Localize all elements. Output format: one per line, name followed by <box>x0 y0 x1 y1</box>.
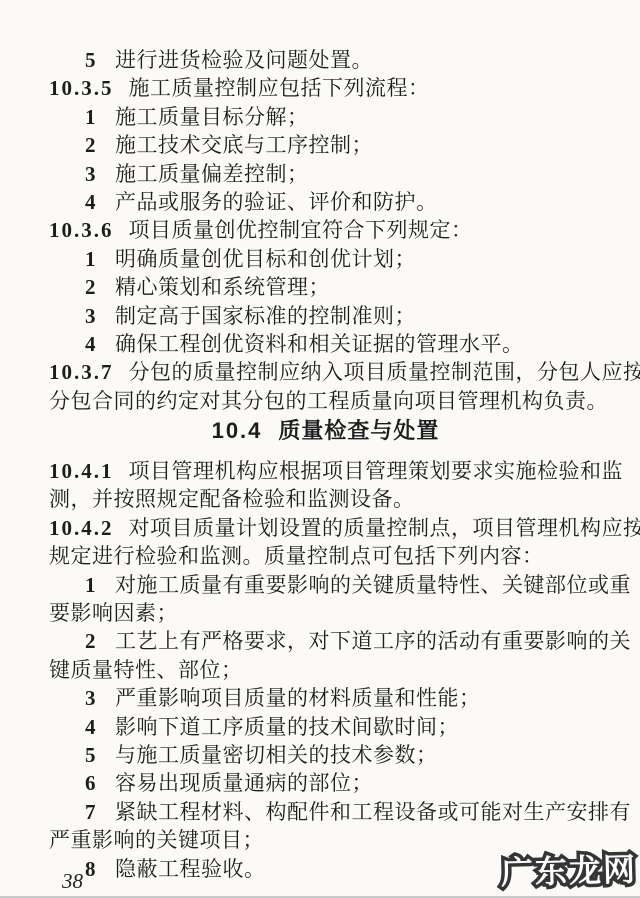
document-lines: 5进行进货检验及问题处置。10.3.5施工质量控制应包括下列流程：1施工质量目标… <box>49 46 602 883</box>
line-text: 施工质量控制应包括下列流程： <box>129 76 430 100</box>
item-number: 3 <box>85 162 96 186</box>
section-number: 10.4 <box>212 418 263 443</box>
clause-number: 10.3.7 <box>49 360 114 384</box>
item-number: 4 <box>85 332 96 356</box>
clause-line: 10.3.5施工质量控制应包括下列流程： <box>49 74 602 102</box>
list-item-line: 7紧缺工程材料、构配件和工程设备或可能对生产安排有 <box>49 798 602 826</box>
item-number: 1 <box>85 573 96 597</box>
continuation-line: 分包合同的约定对其分包的工程质量向项目管理机构负责。 <box>49 387 602 415</box>
line-text: 隐蔽工程验收。 <box>115 857 266 881</box>
clause-number: 10.3.5 <box>49 76 114 100</box>
line-text: 进行进货检验及问题处置。 <box>115 48 373 72</box>
clause-line: 10.4.1项目管理机构应根据项目管理策划要求实施检验和监 <box>49 457 602 485</box>
continuation-line: 测，并按照规定配备检验和监测设备。 <box>49 485 602 513</box>
item-number: 3 <box>85 304 96 328</box>
line-text: 规定进行检验和监测。质量控制点可包括下列内容： <box>49 544 544 568</box>
line-text: 要影响因素； <box>49 601 178 625</box>
line-text: 键质量特性、部位； <box>49 658 243 682</box>
line-text: 影响下道工序质量的技术间歇时间； <box>115 715 459 739</box>
item-number: 2 <box>85 133 96 157</box>
line-text: 严重影响项目质量的材料质量和性能； <box>115 686 481 710</box>
list-item-line: 1对施工质量有重要影响的关键质量特性、关键部位或重 <box>49 571 602 599</box>
line-text: 制定高于国家标准的控制准则； <box>115 304 416 328</box>
list-item-line: 1施工质量目标分解； <box>49 103 602 131</box>
list-item-line: 4确保工程创优资料和相关证据的管理水平。 <box>49 330 602 358</box>
line-text: 严重影响的关键项目； <box>49 828 264 852</box>
clause-line: 10.3.6项目质量创优控制宜符合下列规定： <box>49 216 602 244</box>
line-text: 分包合同的约定对其分包的工程质量向项目管理机构负责。 <box>49 389 608 413</box>
line-text: 质量检查与处置 <box>278 418 439 443</box>
list-item-line: 2工艺上有严格要求，对下道工序的活动有重要影响的关 <box>49 627 602 655</box>
list-item-line: 1明确质量创优目标和创优计划； <box>49 245 602 273</box>
clause-number: 10.4.2 <box>49 516 114 540</box>
scanned-document-page: 5进行进货检验及问题处置。10.3.5施工质量控制应包括下列流程：1施工质量目标… <box>0 0 640 898</box>
item-number: 1 <box>85 105 96 129</box>
clause-line: 10.4.2对项目质量计划设置的质量控制点，项目管理机构应按 <box>49 514 602 542</box>
line-text: 对施工质量有重要影响的关键质量特性、关键部位或重 <box>115 573 631 597</box>
line-text: 与施工质量密切相关的技术参数； <box>115 743 438 767</box>
item-number: 6 <box>85 771 96 795</box>
line-text: 精心策划和系统管理； <box>115 275 330 299</box>
item-number: 2 <box>85 629 96 653</box>
line-text: 明确质量创优目标和创优计划； <box>115 247 416 271</box>
line-text: 确保工程创优资料和相关证据的管理水平。 <box>115 332 524 356</box>
line-text: 项目管理机构应根据项目管理策划要求实施检验和监 <box>129 459 624 483</box>
item-number: 4 <box>85 190 96 214</box>
watermark: 广东龙网 广东龙网 <box>500 846 637 896</box>
list-item-line: 4产品或服务的验证、评价和防护。 <box>49 188 602 216</box>
line-text: 项目质量创优控制宜符合下列规定： <box>129 218 473 242</box>
item-number: 5 <box>85 48 96 72</box>
list-item-line: 4影响下道工序质量的技术间歇时间； <box>49 713 602 741</box>
item-number: 7 <box>85 800 96 824</box>
list-item-line: 2精心策划和系统管理； <box>49 273 602 301</box>
list-item-line: 6容易出现质量通病的部位； <box>49 769 602 797</box>
page-number: 38 <box>62 869 83 894</box>
clause-line: 10.3.7分包的质量控制应纳入项目质量控制范围，分包人应按 <box>49 358 602 386</box>
continuation-line: 要影响因素； <box>49 599 602 627</box>
continuation-line: 规定进行检验和监测。质量控制点可包括下列内容： <box>49 542 602 570</box>
line-text: 施工质量偏差控制； <box>115 162 309 186</box>
clause-number: 10.4.1 <box>49 459 114 483</box>
line-text: 测，并按照规定配备检验和监测设备。 <box>49 487 415 511</box>
item-number: 2 <box>85 275 96 299</box>
line-text: 紧缺工程材料、构配件和工程设备或可能对生产安排有 <box>115 800 631 824</box>
list-item-line: 3严重影响项目质量的材料质量和性能； <box>49 684 602 712</box>
item-number: 5 <box>85 743 96 767</box>
list-item-line: 5进行进货检验及问题处置。 <box>49 46 602 74</box>
watermark-text: 广东龙网 <box>500 846 637 896</box>
line-text: 施工质量目标分解； <box>115 105 309 129</box>
list-item-line: 5与施工质量密切相关的技术参数； <box>49 741 602 769</box>
section-heading: 10.4质量检查与处置 <box>49 415 602 447</box>
item-number: 1 <box>85 247 96 271</box>
item-number: 3 <box>85 686 96 710</box>
clause-number: 10.3.6 <box>49 218 114 242</box>
item-number: 8 <box>85 857 96 881</box>
line-text: 分包的质量控制应纳入项目质量控制范围，分包人应按 <box>129 360 640 384</box>
line-text: 对项目质量计划设置的质量控制点，项目管理机构应按 <box>129 516 640 540</box>
list-item-line: 3制定高于国家标准的控制准则； <box>49 302 602 330</box>
list-item-line: 2施工技术交底与工序控制； <box>49 131 602 159</box>
line-text: 容易出现质量通病的部位； <box>115 771 373 795</box>
list-item-line: 3施工质量偏差控制； <box>49 160 602 188</box>
line-text: 工艺上有严格要求，对下道工序的活动有重要影响的关 <box>115 629 631 653</box>
line-text: 施工技术交底与工序控制； <box>115 133 373 157</box>
continuation-line: 键质量特性、部位； <box>49 656 602 684</box>
line-text: 产品或服务的验证、评价和防护。 <box>115 190 438 214</box>
item-number: 4 <box>85 715 96 739</box>
